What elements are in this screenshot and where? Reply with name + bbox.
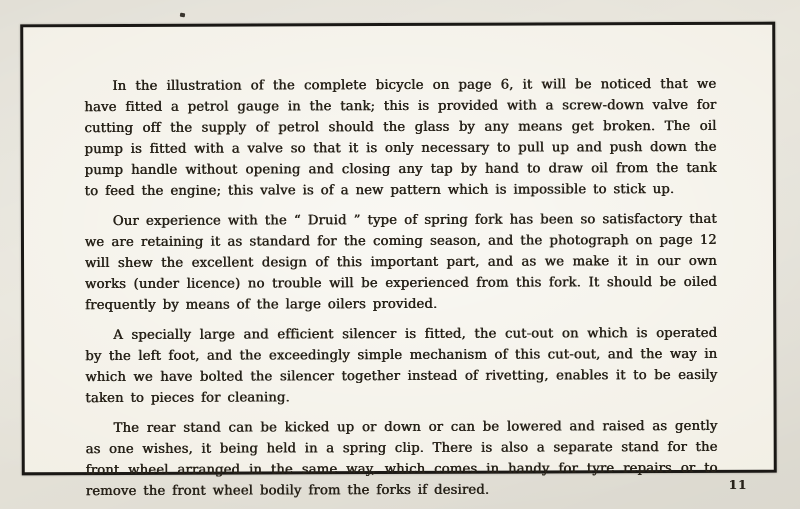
scanned-catalogue-page: In the illustration of the complete bicy… <box>0 0 800 509</box>
paragraph-druid-fork: Our experience with the “ Druid ” type o… <box>85 209 717 316</box>
text-block: In the illustration of the complete bicy… <box>84 74 717 502</box>
ink-speck <box>180 13 186 18</box>
paragraph-petrol-gauge: In the illustration of the complete bicy… <box>84 74 716 202</box>
paragraph-silencer: A specially large and efficient silencer… <box>85 323 717 409</box>
paragraph-rear-stand: The rear stand can be kicked up or down … <box>86 416 718 502</box>
page-border-frame: In the illustration of the complete bicy… <box>20 22 777 476</box>
page-number: 11 <box>726 478 750 492</box>
